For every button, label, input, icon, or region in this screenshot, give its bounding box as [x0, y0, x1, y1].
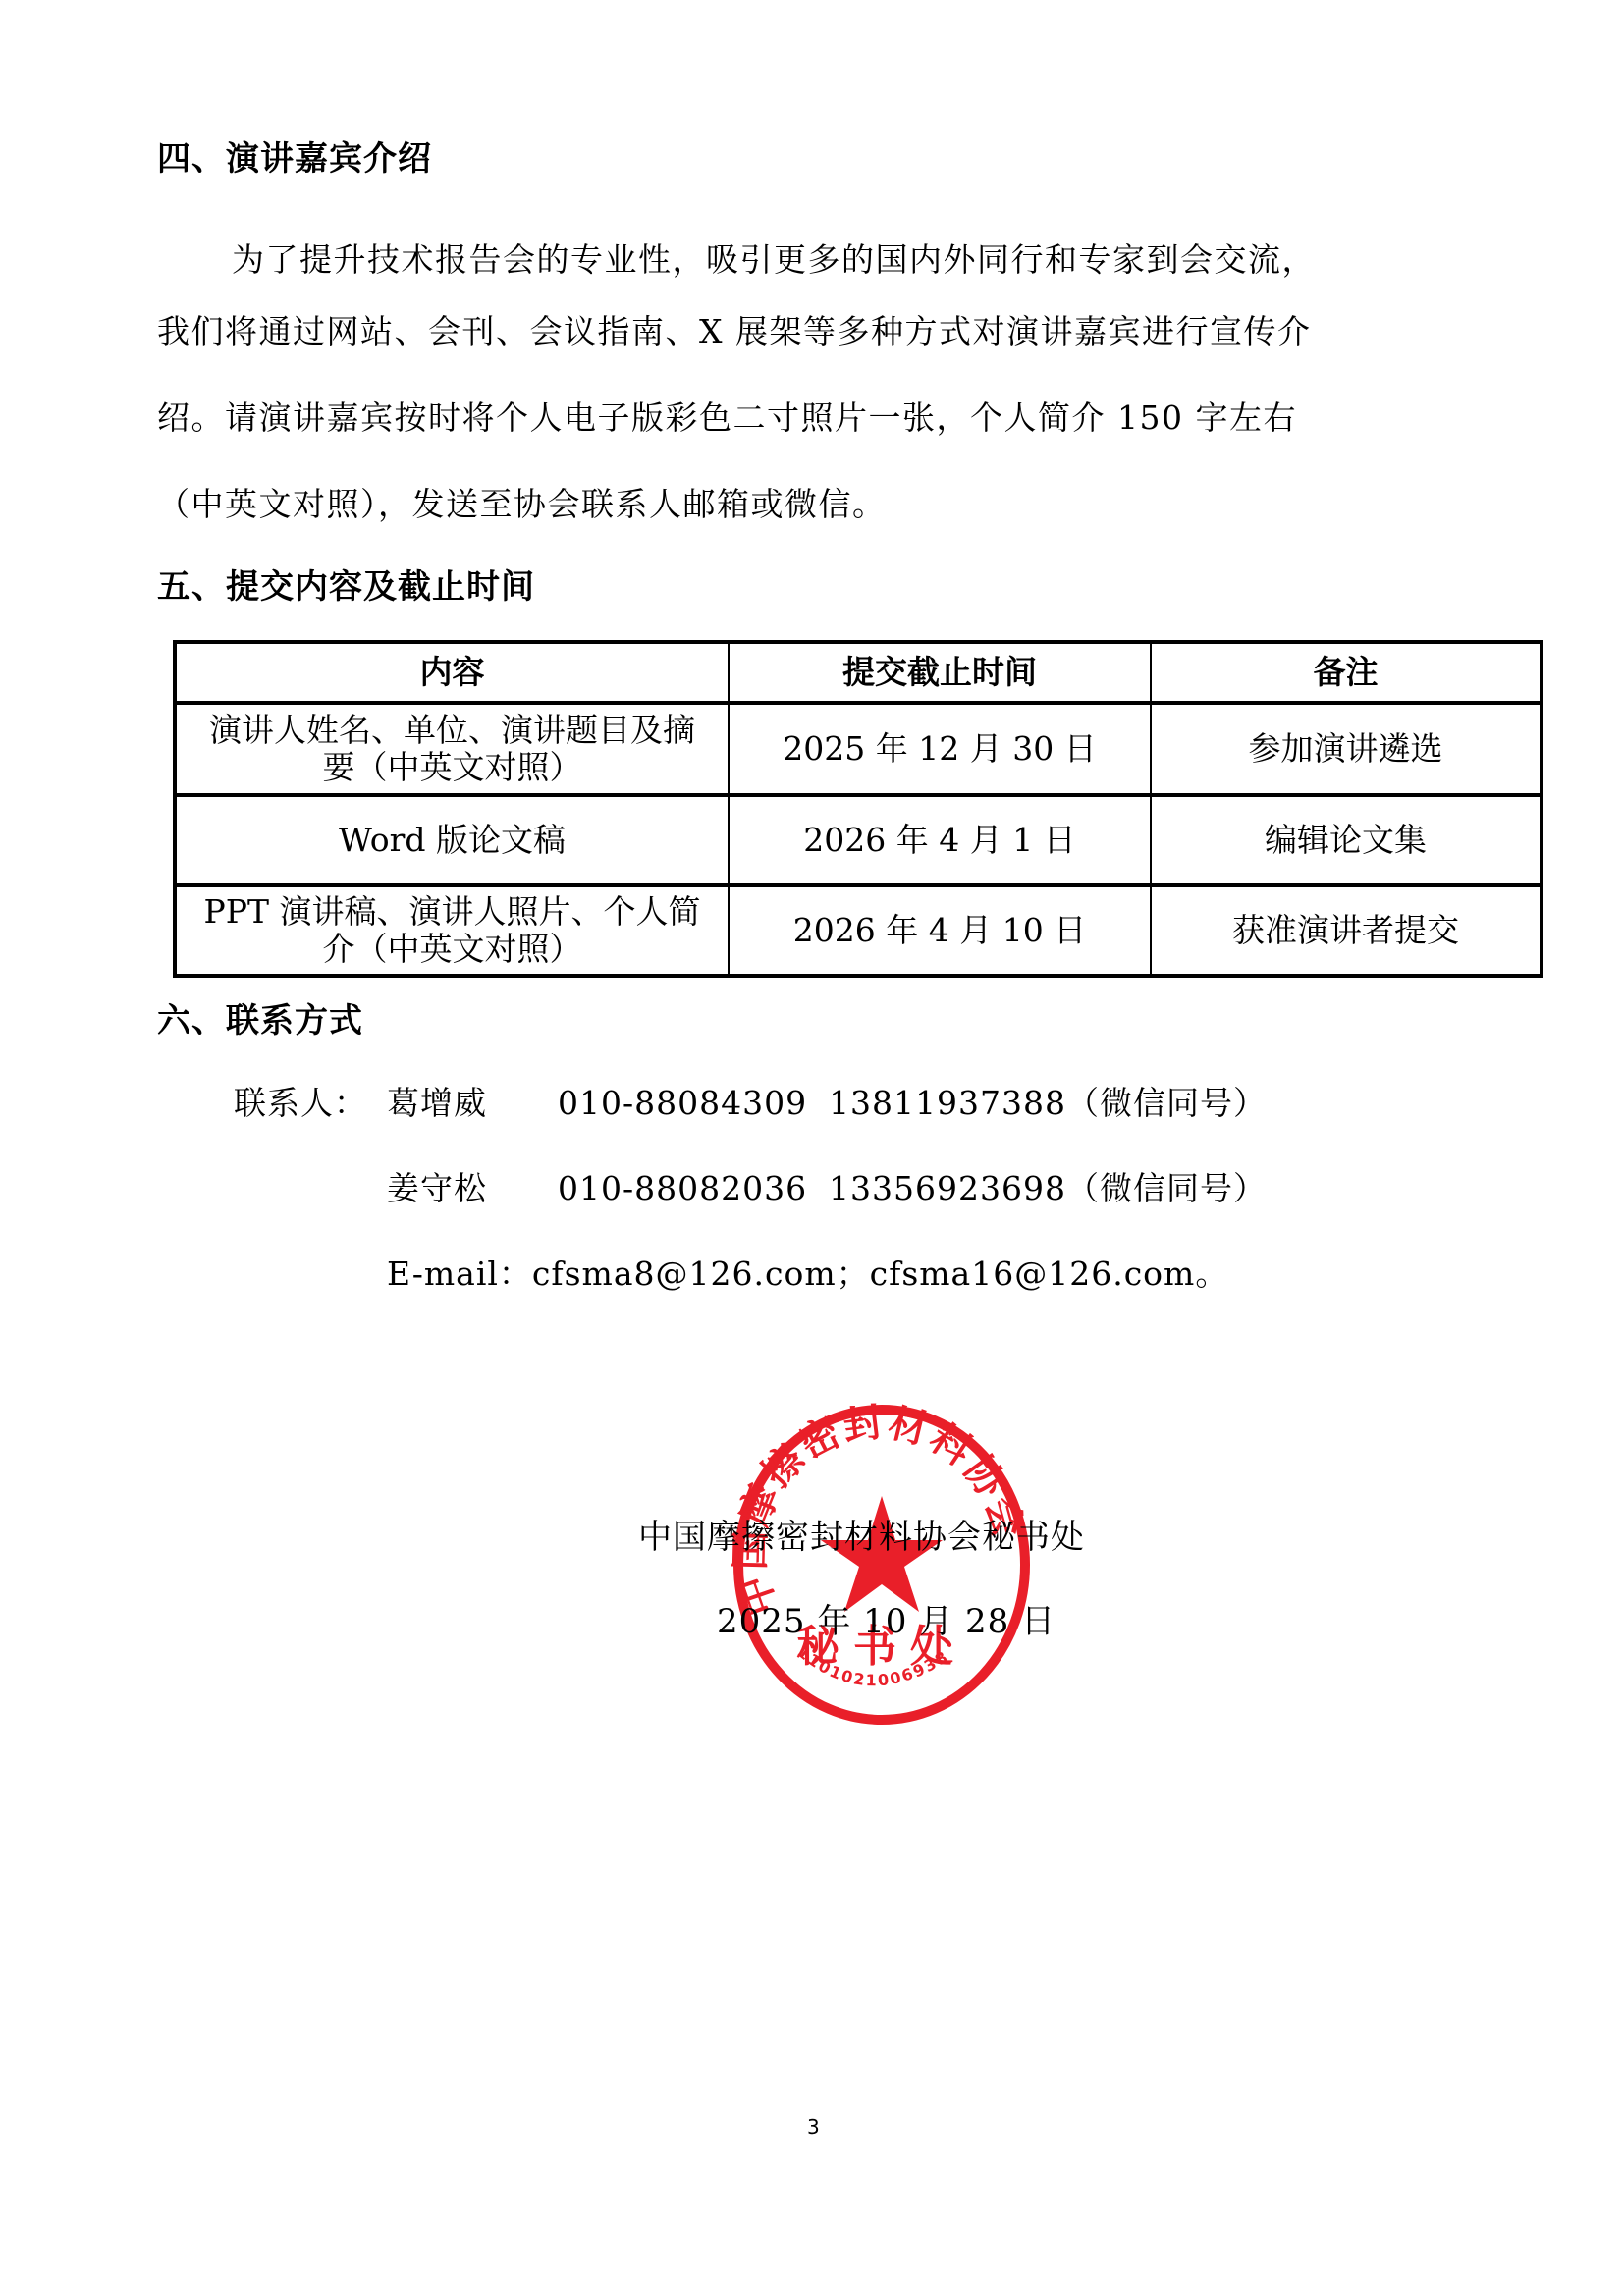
- cell-note: 获准演讲者提交: [1151, 885, 1542, 976]
- submission-deadline-table: 内容 提交截止时间 备注 演讲人姓名、单位、演讲题目及摘要（中英文对照） 202…: [173, 640, 1543, 978]
- header-content: 内容: [175, 642, 729, 703]
- section-5-heading: 五、提交内容及截止时间: [157, 567, 535, 607]
- cell-deadline: 2026 年 4 月 1 日: [729, 795, 1151, 885]
- section-6-heading: 六、联系方式: [157, 1001, 363, 1041]
- header-deadline: 提交截止时间: [729, 642, 1151, 703]
- contact-phone: 010-88082036: [558, 1169, 829, 1208]
- paragraph-line: 绍。请演讲嘉宾按时将个人电子版彩色二寸照片一张，个人简介 150 字左右: [157, 375, 1473, 461]
- table-row: 演讲人姓名、单位、演讲题目及摘要（中英文对照） 2025 年 12 月 30 日…: [175, 703, 1542, 795]
- header-note: 备注: [1151, 642, 1542, 703]
- contact-name: 葛增威: [387, 1084, 558, 1123]
- cell-deadline: 2026 年 4 月 10 日: [729, 885, 1151, 976]
- cell-content: PPT 演讲稿、演讲人照片、个人简介（中英文对照）: [175, 885, 729, 976]
- section-4-paragraph: 为了提升技术报告会的专业性，吸引更多的国内外同行和专家到会交流， 我们将通过网站…: [157, 122, 1473, 548]
- signature-organization: 中国摩擦密封材料协会秘书处: [638, 1510, 1085, 1558]
- official-seal-icon: 中国摩擦密封材料协会 秘书处 1101021006938: [725, 1398, 1039, 1732]
- contact-name: 姜守松: [387, 1169, 558, 1208]
- document-page: 四、演讲嘉宾介绍 为了提升技术报告会的专业性，吸引更多的国内外同行和专家到会交流…: [0, 0, 1624, 2296]
- contact-phone: 010-88084309: [558, 1084, 829, 1123]
- table-row: PPT 演讲稿、演讲人照片、个人简介（中英文对照） 2026 年 4 月 10 …: [175, 885, 1542, 976]
- cell-deadline: 2025 年 12 月 30 日: [729, 703, 1151, 795]
- cell-content: Word 版论文稿: [175, 795, 729, 885]
- paragraph-line: （中英文对照），发送至协会联系人邮箱或微信。: [157, 461, 1473, 548]
- cell-note: 参加演讲遴选: [1151, 703, 1542, 795]
- contact-label: 联系人：: [234, 1084, 387, 1123]
- signature-date: 2025 年 10 月 28 日: [717, 1594, 1056, 1642]
- table-header-row: 内容 提交截止时间 备注: [175, 642, 1542, 703]
- cell-note: 编辑论文集: [1151, 795, 1542, 885]
- contact-row-2: 姜守松010-8808203613356923698（微信同号）: [387, 1169, 1267, 1208]
- cell-content: 演讲人姓名、单位、演讲题目及摘要（中英文对照）: [175, 703, 729, 795]
- contact-row-1: 联系人：葛增威010-8808430913811937388（微信同号）: [234, 1084, 1267, 1123]
- paragraph-line: 我们将通过网站、会刊、会议指南、X 展架等多种方式对演讲嘉宾进行宣传介: [157, 289, 1473, 375]
- contact-mobile: 13356923698（微信同号）: [829, 1169, 1267, 1208]
- contact-email: E-mail：cfsma8@126.com；cfsma16@126.com。: [387, 1255, 1228, 1294]
- page-number: 3: [807, 2115, 820, 2139]
- table-row: Word 版论文稿 2026 年 4 月 1 日 编辑论文集: [175, 795, 1542, 885]
- contact-mobile: 13811937388（微信同号）: [829, 1084, 1267, 1123]
